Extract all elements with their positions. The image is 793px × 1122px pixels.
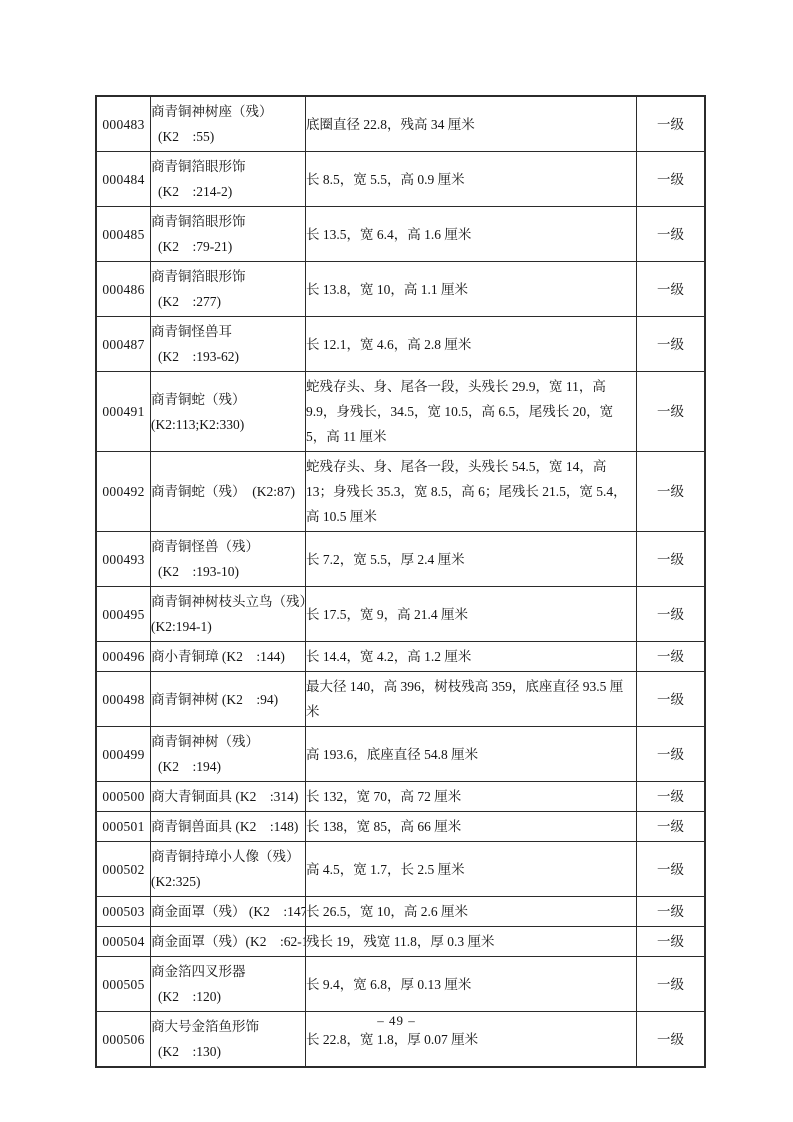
artifact-id-cell: 000504 xyxy=(96,927,151,957)
artifact-dimensions-cell: 高 193.6，底座直径 54.8 厘米 xyxy=(306,727,637,782)
artifact-dimensions-cell: 最大径 140，高 396，树枝残高 359，底座直径 93.5 厘米 xyxy=(306,672,637,727)
grade-cell: 一级 xyxy=(637,842,706,897)
artifact-id-cell: 000486 xyxy=(96,262,151,317)
grade-cell: 一级 xyxy=(637,96,706,152)
artifact-id-cell: 000499 xyxy=(96,727,151,782)
artifact-name-cell: 商青铜箔眼形饰(K2 :277) xyxy=(151,262,306,317)
grade-cell: 一级 xyxy=(637,897,706,927)
artifact-name-cell: 商青铜神树枝头立鸟（残）(K2:194-1) xyxy=(151,587,306,642)
grade-cell: 一级 xyxy=(637,957,706,1012)
artifact-name-cell: 商青铜神树 (K2 :94) xyxy=(151,672,306,727)
artifact-id-cell: 000491 xyxy=(96,372,151,452)
table-row: 000505 商金箔四叉形器(K2 :120) 长 9.4，宽 6.8，厚 0.… xyxy=(96,957,705,1012)
table-row: 000501 商青铜兽面具 (K2 :148) 长 138，宽 85，高 66 … xyxy=(96,812,705,842)
artifact-name-line: 商青铜箔眼形饰 xyxy=(151,154,305,179)
artifact-name-line: 商青铜神树座（残） xyxy=(151,99,305,124)
artifact-name-cell: 商青铜神树座（残）(K2 :55) xyxy=(151,96,306,152)
artifact-name-cell: 商青铜怪兽耳(K2 :193-62) xyxy=(151,317,306,372)
artifact-name-line: (K2 :79-21) xyxy=(151,234,305,259)
artifact-id-cell: 000493 xyxy=(96,532,151,587)
artifact-name-line: (K2:194-1) xyxy=(151,614,305,639)
artifact-id-cell: 000496 xyxy=(96,642,151,672)
artifact-name-line: 商青铜怪兽耳 xyxy=(151,319,305,344)
table-row: 000484 商青铜箔眼形饰(K2 :214-2) 长 8.5，宽 5.5，高 … xyxy=(96,152,705,207)
artifact-dimensions-cell: 高 4.5，宽 1.7，长 2.5 厘米 xyxy=(306,842,637,897)
table-row: 000500 商大青铜面具 (K2 :314) 长 132，宽 70，高 72 … xyxy=(96,782,705,812)
artifact-dimensions-cell: 残长 19，残宽 11.8，厚 0.3 厘米 xyxy=(306,927,637,957)
table-row: 000502 商青铜持璋小人像（残）(K2:325) 高 4.5，宽 1.7，长… xyxy=(96,842,705,897)
artifact-dimensions-cell: 长 132，宽 70，高 72 厘米 xyxy=(306,782,637,812)
artifact-name-cell: 商金箔四叉形器(K2 :120) xyxy=(151,957,306,1012)
artifact-name-line: 商青铜神树 (K2 :94) xyxy=(151,687,305,712)
artifact-name-cell: 商青铜持璋小人像（残）(K2:325) xyxy=(151,842,306,897)
artifact-id-cell: 000502 xyxy=(96,842,151,897)
artifact-name-line: (K2 :193-62) xyxy=(151,344,305,369)
artifact-name-line: (K2 :214-2) xyxy=(151,179,305,204)
artifact-dimensions-cell: 长 13.5，宽 6.4，高 1.6 厘米 xyxy=(306,207,637,262)
artifact-name-line: 商青铜蛇（残） xyxy=(151,387,305,412)
table-row: 000491 商青铜蛇（残）(K2:113;K2:330) 蛇残存头、身、尾各一… xyxy=(96,372,705,452)
artifact-name-cell: 商小青铜璋 (K2 :144) xyxy=(151,642,306,672)
artifact-name-cell: 商青铜箔眼形饰(K2 :79-21) xyxy=(151,207,306,262)
artifact-id-cell: 000484 xyxy=(96,152,151,207)
artifact-name-cell: 商青铜蛇（残）(K2:113;K2:330) xyxy=(151,372,306,452)
document-page: 000483 商青铜神树座（残）(K2 :55) 底圈直径 22.8，残高 34… xyxy=(0,0,793,1122)
artifact-id-cell: 000485 xyxy=(96,207,151,262)
artifact-name-line: (K2 :193-10) xyxy=(151,559,305,584)
grade-cell: 一级 xyxy=(637,642,706,672)
artifact-name-line: (K2 :277) xyxy=(151,289,305,314)
grade-cell: 一级 xyxy=(637,727,706,782)
grade-cell: 一级 xyxy=(637,152,706,207)
table-row: 000495 商青铜神树枝头立鸟（残）(K2:194-1) 长 17.5，宽 9… xyxy=(96,587,705,642)
table-row: 000503 商金面罩（残） (K2 :147) 长 26.5，宽 10，高 2… xyxy=(96,897,705,927)
artifact-id-cell: 000505 xyxy=(96,957,151,1012)
artifact-dimensions-cell: 蛇残存头、身、尾各一段，头残长 54.5，宽 14，高 13；身残长 35.3，… xyxy=(306,452,637,532)
artifact-name-line: 商青铜箔眼形饰 xyxy=(151,264,305,289)
grade-cell: 一级 xyxy=(637,587,706,642)
page-number: – 49 – xyxy=(0,1013,793,1029)
artifact-dimensions-cell: 长 13.8，宽 10，高 1.1 厘米 xyxy=(306,262,637,317)
table-row: 000487 商青铜怪兽耳(K2 :193-62) 长 12.1，宽 4.6，高… xyxy=(96,317,705,372)
artifact-name-line: 商青铜兽面具 (K2 :148) xyxy=(151,814,305,839)
grade-cell: 一级 xyxy=(637,207,706,262)
artifact-name-cell: 商青铜蛇（残） (K2:87) xyxy=(151,452,306,532)
grade-cell: 一级 xyxy=(637,372,706,452)
artifact-dimensions-cell: 蛇残存头、身、尾各一段，头残长 29.9，宽 11，高 9.9，身残长，34.5… xyxy=(306,372,637,452)
artifact-name-line: 商金面罩（残） (K2 :147) xyxy=(151,899,305,924)
artifact-id-cell: 000492 xyxy=(96,452,151,532)
artifact-dimensions-cell: 长 17.5，宽 9，高 21.4 厘米 xyxy=(306,587,637,642)
artifact-id-cell: 000483 xyxy=(96,96,151,152)
grade-cell: 一级 xyxy=(637,262,706,317)
artifact-dimensions-cell: 长 26.5，宽 10，高 2.6 厘米 xyxy=(306,897,637,927)
artifact-id-cell: 000498 xyxy=(96,672,151,727)
grade-cell: 一级 xyxy=(637,927,706,957)
artifact-name-line: 商金面罩（残）(K2 :62-1) xyxy=(151,929,305,954)
artifact-name-line: 商青铜持璋小人像（残） xyxy=(151,844,305,869)
artifact-id-cell: 000501 xyxy=(96,812,151,842)
artifact-dimensions-cell: 长 8.5，宽 5.5，高 0.9 厘米 xyxy=(306,152,637,207)
catalog-table-body: 000483 商青铜神树座（残）(K2 :55) 底圈直径 22.8，残高 34… xyxy=(96,96,705,1067)
artifact-name-line: 商青铜怪兽（残） xyxy=(151,534,305,559)
artifact-name-line: 商青铜箔眼形饰 xyxy=(151,209,305,234)
table-row: 000498 商青铜神树 (K2 :94) 最大径 140，高 396，树枝残高… xyxy=(96,672,705,727)
artifact-name-cell: 商青铜神树（残）(K2 :194) xyxy=(151,727,306,782)
table-row: 000493 商青铜怪兽（残）(K2 :193-10) 长 7.2，宽 5.5，… xyxy=(96,532,705,587)
grade-cell: 一级 xyxy=(637,532,706,587)
artifact-dimensions-cell: 长 7.2，宽 5.5，厚 2.4 厘米 xyxy=(306,532,637,587)
grade-cell: 一级 xyxy=(637,452,706,532)
artifact-catalog-table: 000483 商青铜神树座（残）(K2 :55) 底圈直径 22.8，残高 34… xyxy=(95,95,706,1068)
artifact-name-cell: 商青铜怪兽（残）(K2 :193-10) xyxy=(151,532,306,587)
artifact-name-cell: 商青铜兽面具 (K2 :148) xyxy=(151,812,306,842)
artifact-id-cell: 000503 xyxy=(96,897,151,927)
artifact-name-line: 商大青铜面具 (K2 :314) xyxy=(151,784,305,809)
artifact-name-line: (K2 :55) xyxy=(151,124,305,149)
artifact-name-cell: 商大青铜面具 (K2 :314) xyxy=(151,782,306,812)
table-row: 000496 商小青铜璋 (K2 :144) 长 14.4，宽 4.2，高 1.… xyxy=(96,642,705,672)
artifact-name-line: (K2 :120) xyxy=(151,984,305,1009)
artifact-name-line: 商小青铜璋 (K2 :144) xyxy=(151,644,305,669)
artifact-name-cell: 商金面罩（残） (K2 :147) xyxy=(151,897,306,927)
artifact-dimensions-cell: 底圈直径 22.8，残高 34 厘米 xyxy=(306,96,637,152)
artifact-name-line: (K2 :130) xyxy=(151,1039,305,1064)
artifact-name-cell: 商青铜箔眼形饰(K2 :214-2) xyxy=(151,152,306,207)
artifact-name-line: (K2:113;K2:330) xyxy=(151,412,305,437)
artifact-id-cell: 000500 xyxy=(96,782,151,812)
table-row: 000486 商青铜箔眼形饰(K2 :277) 长 13.8，宽 10，高 1.… xyxy=(96,262,705,317)
table-row: 000485 商青铜箔眼形饰(K2 :79-21) 长 13.5，宽 6.4，高… xyxy=(96,207,705,262)
artifact-name-cell: 商金面罩（残）(K2 :62-1) xyxy=(151,927,306,957)
table-row: 000483 商青铜神树座（残）(K2 :55) 底圈直径 22.8，残高 34… xyxy=(96,96,705,152)
grade-cell: 一级 xyxy=(637,812,706,842)
artifact-name-line: (K2:325) xyxy=(151,869,305,894)
artifact-name-line: 商金箔四叉形器 xyxy=(151,959,305,984)
artifact-dimensions-cell: 长 12.1，宽 4.6，高 2.8 厘米 xyxy=(306,317,637,372)
artifact-id-cell: 000495 xyxy=(96,587,151,642)
artifact-dimensions-cell: 长 14.4，宽 4.2，高 1.2 厘米 xyxy=(306,642,637,672)
table-row: 000492 商青铜蛇（残） (K2:87) 蛇残存头、身、尾各一段，头残长 5… xyxy=(96,452,705,532)
artifact-dimensions-cell: 长 9.4，宽 6.8，厚 0.13 厘米 xyxy=(306,957,637,1012)
grade-cell: 一级 xyxy=(637,782,706,812)
artifact-dimensions-cell: 长 138，宽 85，高 66 厘米 xyxy=(306,812,637,842)
table-row: 000504 商金面罩（残）(K2 :62-1) 残长 19，残宽 11.8，厚… xyxy=(96,927,705,957)
artifact-name-line: 商青铜神树（残） xyxy=(151,729,305,754)
artifact-id-cell: 000487 xyxy=(96,317,151,372)
table-row: 000499 商青铜神树（残）(K2 :194) 高 193.6，底座直径 54… xyxy=(96,727,705,782)
artifact-name-line: 商青铜神树枝头立鸟（残） xyxy=(151,589,305,614)
grade-cell: 一级 xyxy=(637,317,706,372)
grade-cell: 一级 xyxy=(637,672,706,727)
artifact-name-line: (K2 :194) xyxy=(151,754,305,779)
artifact-name-line: 商青铜蛇（残） (K2:87) xyxy=(151,479,305,504)
